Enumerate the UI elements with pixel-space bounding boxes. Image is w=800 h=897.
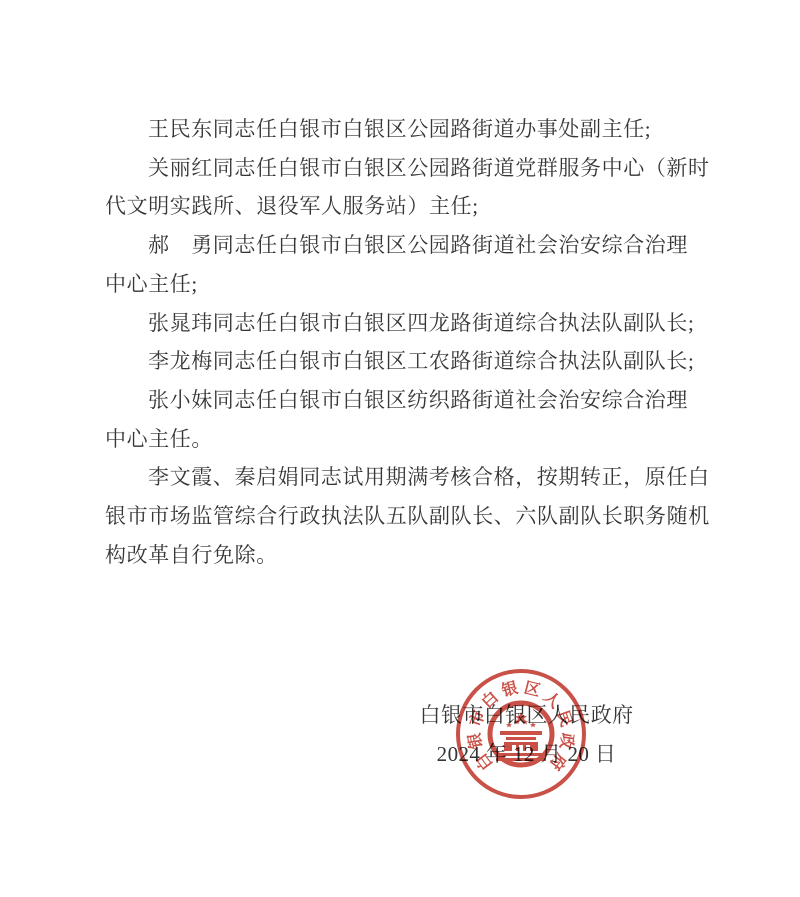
paragraph-5-line-1: 李龙梅同志任白银市白银区工农路街道综合执法队副队长; (105, 342, 709, 381)
issue-date: 2024 年 12 月 20 日 (386, 735, 667, 774)
paragraph-6-line-1: 张小妹同志任白银市白银区纺织路街道社会治安综合治理 (105, 381, 709, 420)
paragraph-1-line-1: 王民东同志任白银市白银区公园路街道办事处副主任; (105, 110, 709, 149)
signature-block: 白银市白银区人民政府 2024 年 12 月 20 日 (386, 696, 667, 774)
issuer-name: 白银市白银区人民政府 (386, 696, 667, 735)
document-body: 王民东同志任白银市白银区公园路街道办事处副主任;关丽红同志任白银市白银区公园路街… (105, 110, 709, 574)
paragraph-7-line-3: 构改革自行免除。 (105, 536, 709, 575)
paragraph-4-line-1: 张晁玮同志任白银市白银区四龙路街道综合执法队副队长; (105, 304, 709, 343)
paragraph-3-line-2: 中心主任; (105, 265, 709, 304)
document-page: 王民东同志任白银市白银区公园路街道办事处副主任;关丽红同志任白银市白银区公园路街… (0, 0, 800, 897)
paragraph-3-line-1: 郝 勇同志任白银市白银区公园路街道社会治安综合治理 (105, 226, 709, 265)
paragraph-2-line-1: 关丽红同志任白银市白银区公园路街道党群服务中心（新时 (105, 149, 709, 188)
paragraph-2-line-2: 代文明实践所、退役军人服务站）主任; (105, 187, 709, 226)
paragraph-6-line-2: 中心主任。 (105, 420, 709, 459)
paragraph-7-line-1: 李文霞、秦启娟同志试用期满考核合格，按期转正，原任白 (105, 458, 709, 497)
paragraph-7-line-2: 银市市场监管综合行政执法队五队副队长、六队副队长职务随机 (105, 497, 709, 536)
